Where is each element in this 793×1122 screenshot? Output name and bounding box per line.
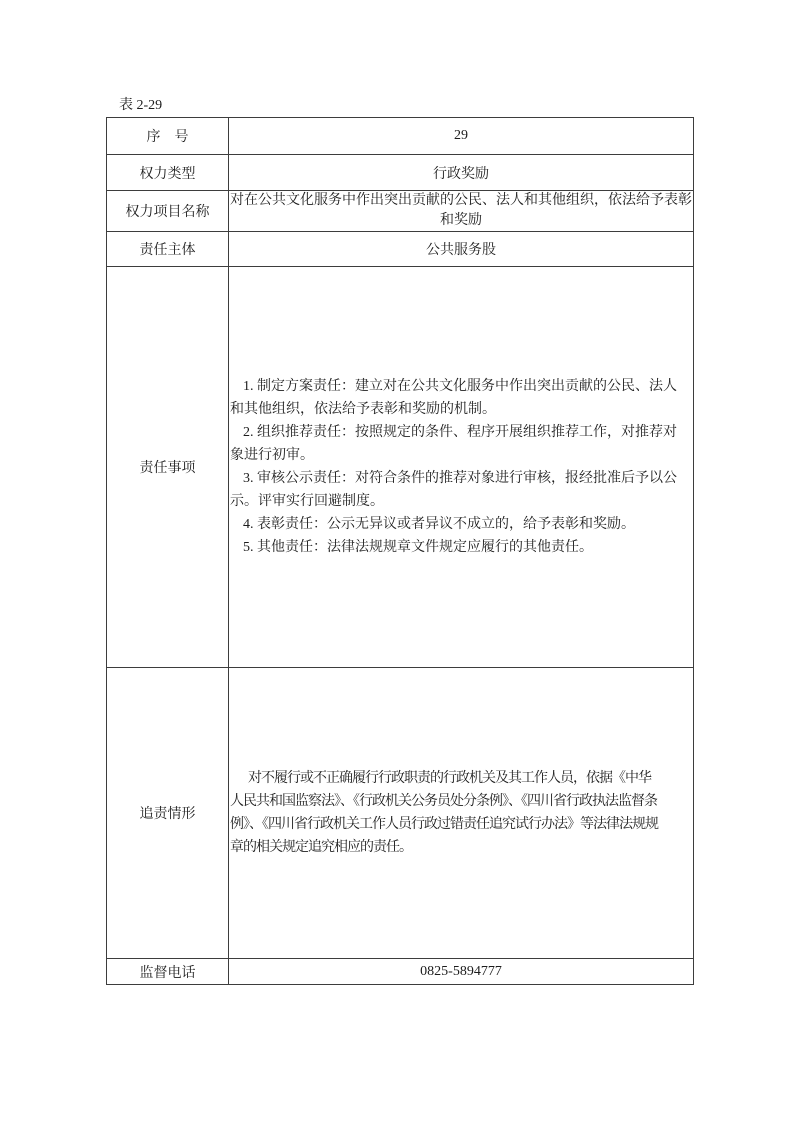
accountability-paragraph: 对不履行或不正确履行行政职责的行政机关及其工作人员，依据《中华 人民共和国监察法… bbox=[230, 767, 692, 859]
row-value-serial-number: 29 bbox=[229, 118, 694, 155]
power-responsibility-table: 序 号 29 权力类型 行政奖励 权力项目名称 对在公共文化服务中作出突出贡献的… bbox=[106, 117, 694, 985]
row-value-responsible-entity: 公共服务股 bbox=[229, 232, 694, 267]
table-caption: 表 2-29 bbox=[119, 98, 162, 114]
table-row-power-type: 权力类型 行政奖励 bbox=[107, 155, 694, 191]
row-value-power-item-name: 对在公共文化服务中作出突出贡献的公民、法人和其他组织，依法给予表彰 和奖励 bbox=[229, 191, 694, 232]
table-row-accountability-situations: 追责情形 对不履行或不正确履行行政职责的行政机关及其工作人员，依据《中华 人民共… bbox=[107, 668, 694, 959]
row-label-accountability-situations: 追责情形 bbox=[107, 668, 229, 959]
row-value-power-type: 行政奖励 bbox=[229, 155, 694, 191]
table-row-responsible-entity: 责任主体 公共服务股 bbox=[107, 232, 694, 267]
row-label-power-item-name: 权力项目名称 bbox=[107, 191, 229, 232]
row-label-power-type: 权力类型 bbox=[107, 155, 229, 191]
row-label-responsibility-items: 责任事项 bbox=[107, 267, 229, 668]
table-row-responsibility-items: 责任事项 1. 制定方案责任：建立对在公共文化服务中作出突出贡献的公民、法人 和… bbox=[107, 267, 694, 668]
row-value-responsibility-items: 1. 制定方案责任：建立对在公共文化服务中作出突出贡献的公民、法人 和其他组织，… bbox=[229, 267, 694, 668]
responsibility-item-3: 3. 审核公示责任：对符合条件的推荐对象进行审核，报经批准后予以公 示。评审实行… bbox=[230, 467, 692, 513]
responsibility-item-4: 4. 表彰责任：公示无异议或者异议不成立的，给予表彰和奖励。 bbox=[230, 513, 692, 536]
responsibility-item-5: 5. 其他责任：法律法规规章文件规定应履行的其他责任。 bbox=[230, 536, 692, 559]
responsibility-item-2: 2. 组织推荐责任：按照规定的条件、程序开展组织推荐工作，对推荐对 象进行初审。 bbox=[230, 421, 692, 467]
row-label-serial-number: 序 号 bbox=[107, 118, 229, 155]
row-label-supervision-phone: 监督电话 bbox=[107, 959, 229, 985]
row-label-responsible-entity: 责任主体 bbox=[107, 232, 229, 267]
responsibility-item-1: 1. 制定方案责任：建立对在公共文化服务中作出突出贡献的公民、法人 和其他组织，… bbox=[230, 375, 692, 421]
table-row-supervision-phone: 监督电话 0825-5894777 bbox=[107, 959, 694, 985]
document-page: 表 2-29 序 号 29 权力类型 行政奖励 权力项目名称 对在公共文化服务中… bbox=[0, 0, 793, 1122]
table-row-power-item-name: 权力项目名称 对在公共文化服务中作出突出贡献的公民、法人和其他组织，依法给予表彰… bbox=[107, 191, 694, 232]
table-row-serial-number: 序 号 29 bbox=[107, 118, 694, 155]
row-value-accountability-situations: 对不履行或不正确履行行政职责的行政机关及其工作人员，依据《中华 人民共和国监察法… bbox=[229, 668, 694, 959]
row-value-supervision-phone: 0825-5894777 bbox=[229, 959, 694, 985]
